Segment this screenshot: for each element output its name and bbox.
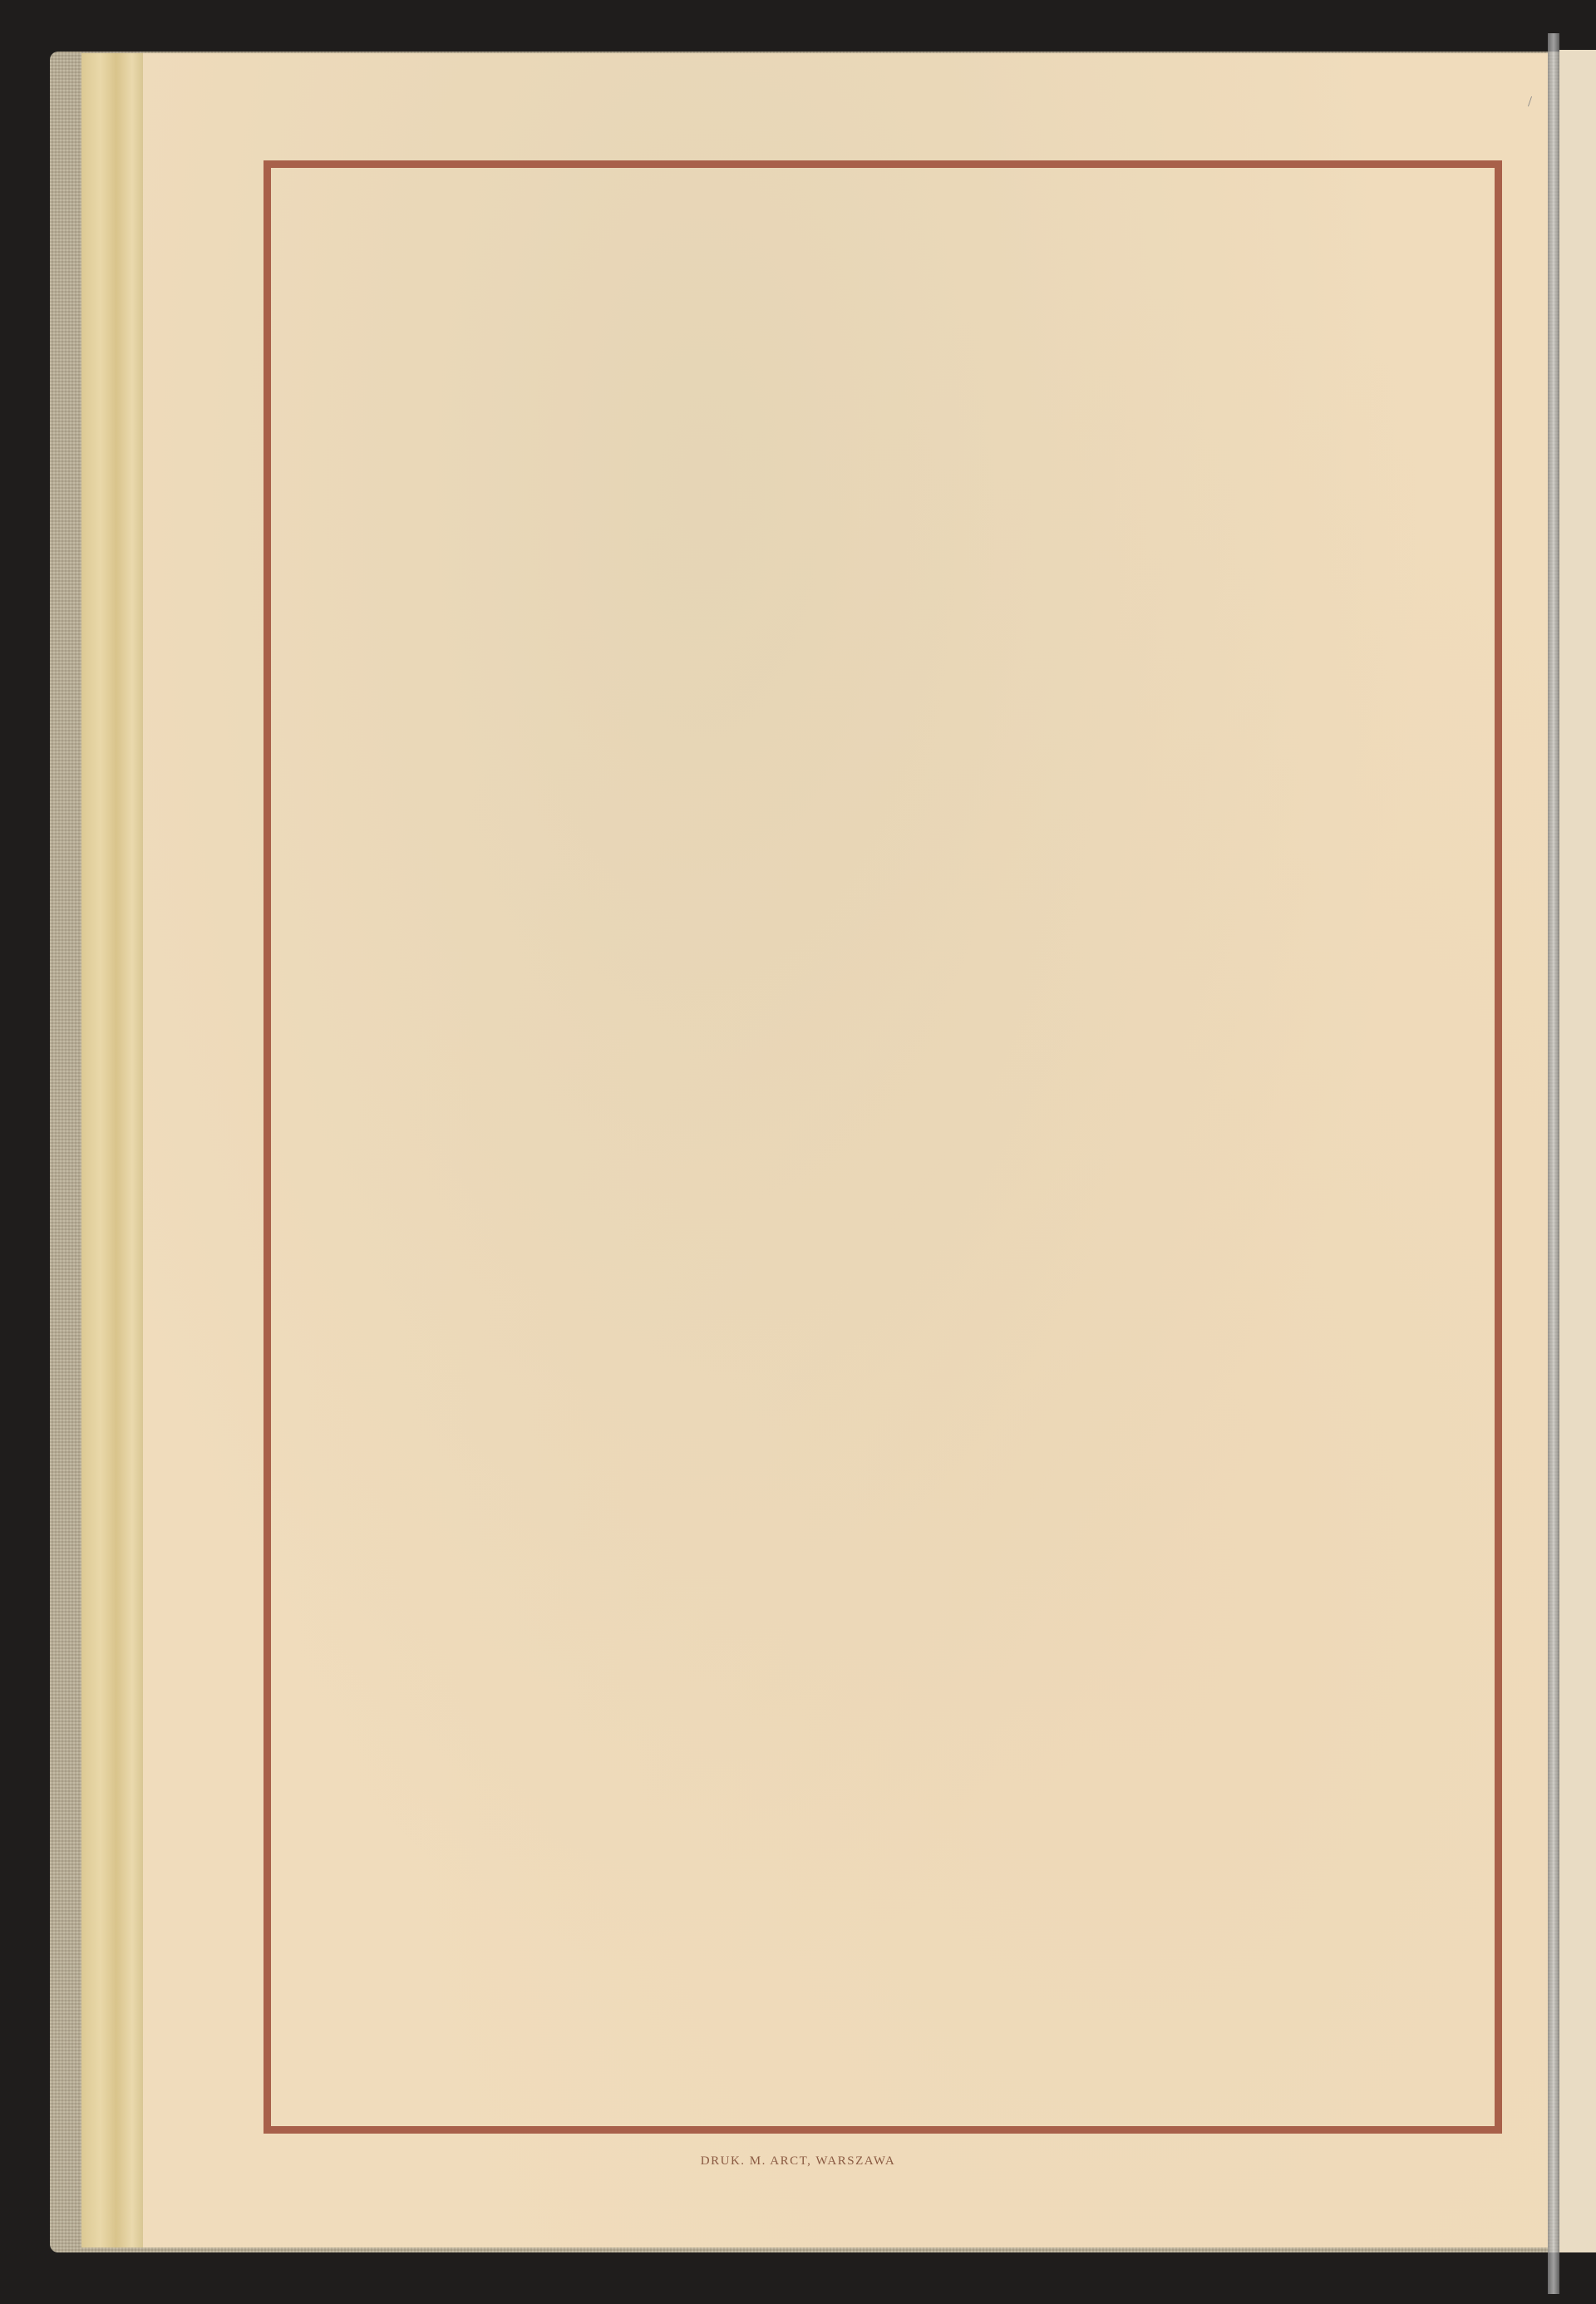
- binding-gutter: [1548, 33, 1559, 2294]
- printer-imprint: DRUK. M. ARCT, WARSZAWA: [0, 2154, 1596, 2169]
- decorative-red-frame: [264, 160, 1502, 2134]
- page-edges: [81, 53, 145, 2247]
- adjacent-page-edge: [1559, 50, 1596, 2252]
- page-marker: /: [1528, 93, 1532, 111]
